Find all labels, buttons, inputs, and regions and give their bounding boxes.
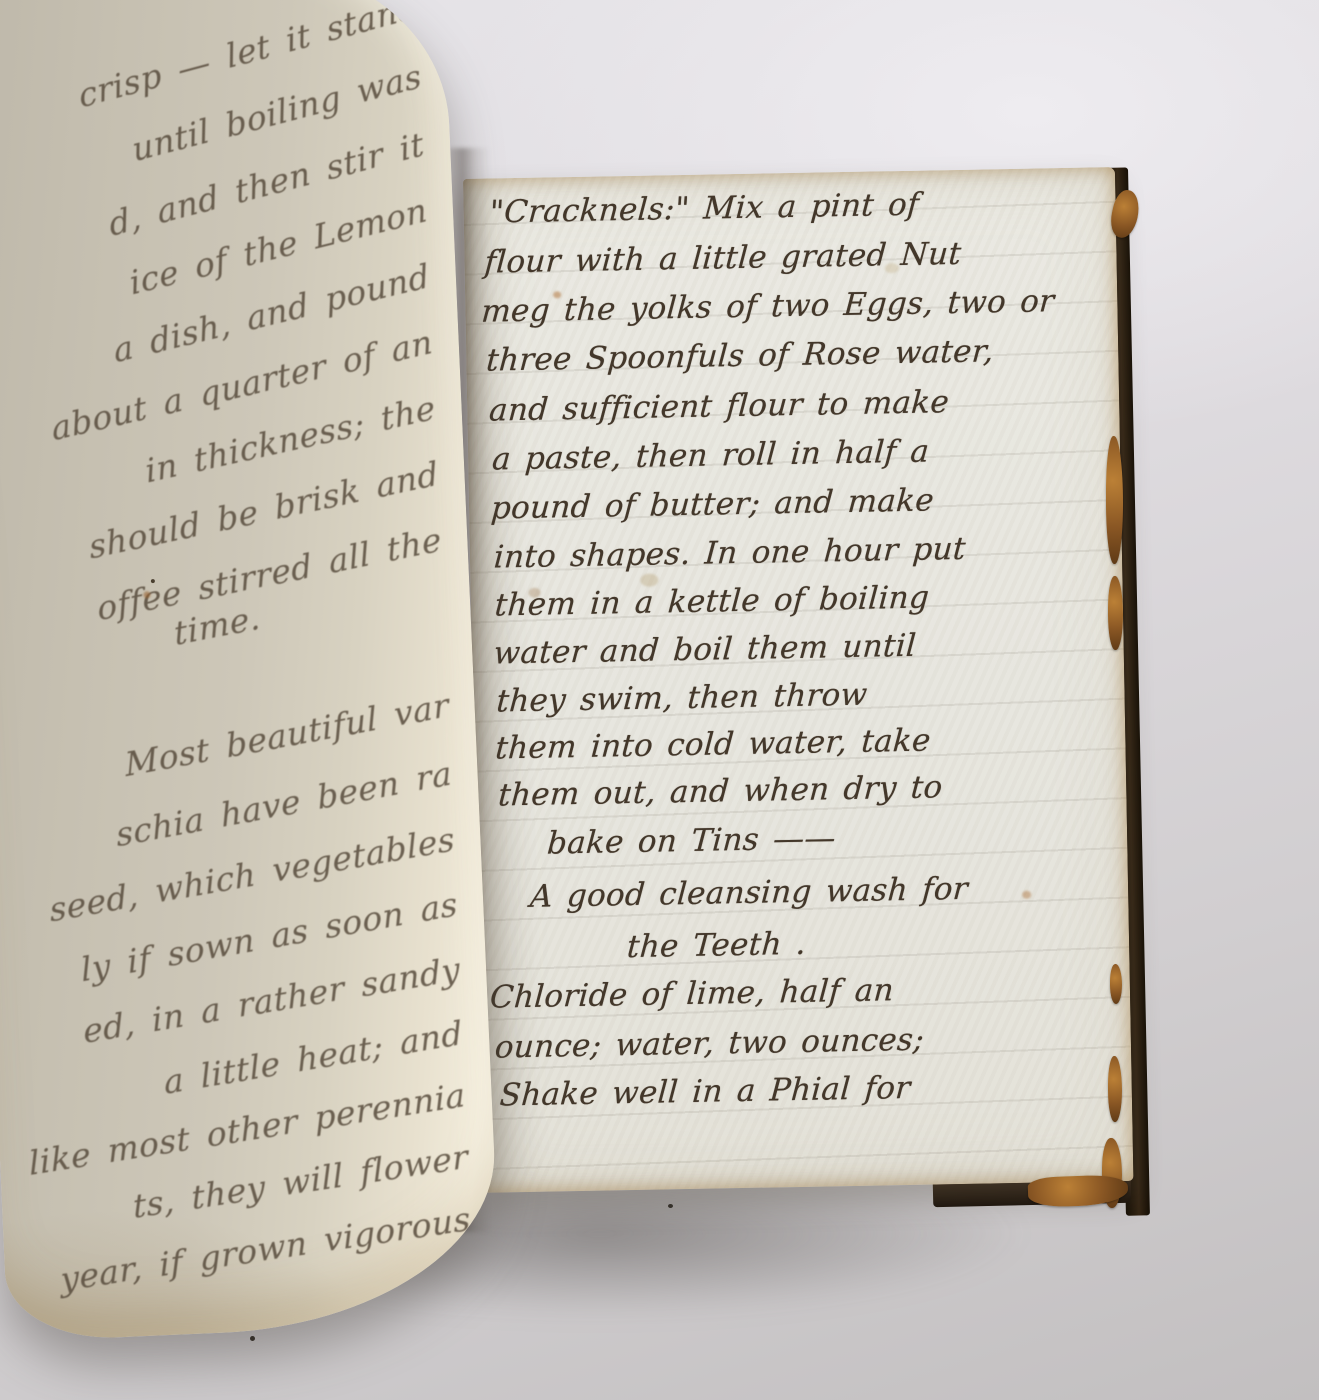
dust-speck	[250, 1336, 255, 1341]
handwritten-line: three Spoonfuls of Rose water,	[485, 331, 995, 380]
handwritten-line: pound of butter; and make	[490, 480, 936, 528]
handwritten-line: and sufficient flour to make	[488, 382, 951, 430]
handwritten-line: them into cold water, take	[494, 720, 932, 768]
handwritten-line: Chloride of lime, half an	[489, 970, 896, 1017]
handwritten-line: Shake well in a Phial for	[498, 1068, 911, 1116]
left-page: crisp — let it stand until boiling was d…	[0, 0, 501, 1342]
handwritten-line: into shapes. In one hour put	[493, 529, 968, 578]
handwritten-line: them out, and when dry to	[497, 767, 944, 815]
handwritten-line: water and boil them until	[492, 626, 917, 674]
dust-speck	[668, 1204, 673, 1208]
handwritten-line: bake on Tins ——	[546, 818, 837, 863]
stain-spot	[1022, 891, 1031, 899]
leather-remnant	[1110, 964, 1122, 1004]
handwritten-line: meg the yolks of two Eggs, two or	[480, 281, 1056, 332]
handwritten-line: "Cracknels:" Mix a pint of	[488, 185, 920, 233]
handwritten-line: they swim, then throw	[495, 675, 869, 722]
handwritten-line-heading: the Teeth .	[626, 924, 808, 967]
right-page: "Cracknels:" Mix a pint of flour with a …	[463, 167, 1133, 1193]
leather-remnant	[1108, 1056, 1122, 1122]
handwritten-line: them in a kettle of boiling	[493, 577, 930, 625]
handwritten-line: ounce; water, two ounces;	[494, 1020, 926, 1068]
leather-remnant	[1106, 436, 1123, 564]
handwritten-line: flour with a little grated Nut	[483, 234, 962, 283]
handwritten-line-heading: A good cleansing wash for	[529, 869, 970, 917]
leather-remnant	[1108, 576, 1123, 650]
handwritten-line: a paste, then roll in half a	[491, 431, 931, 479]
